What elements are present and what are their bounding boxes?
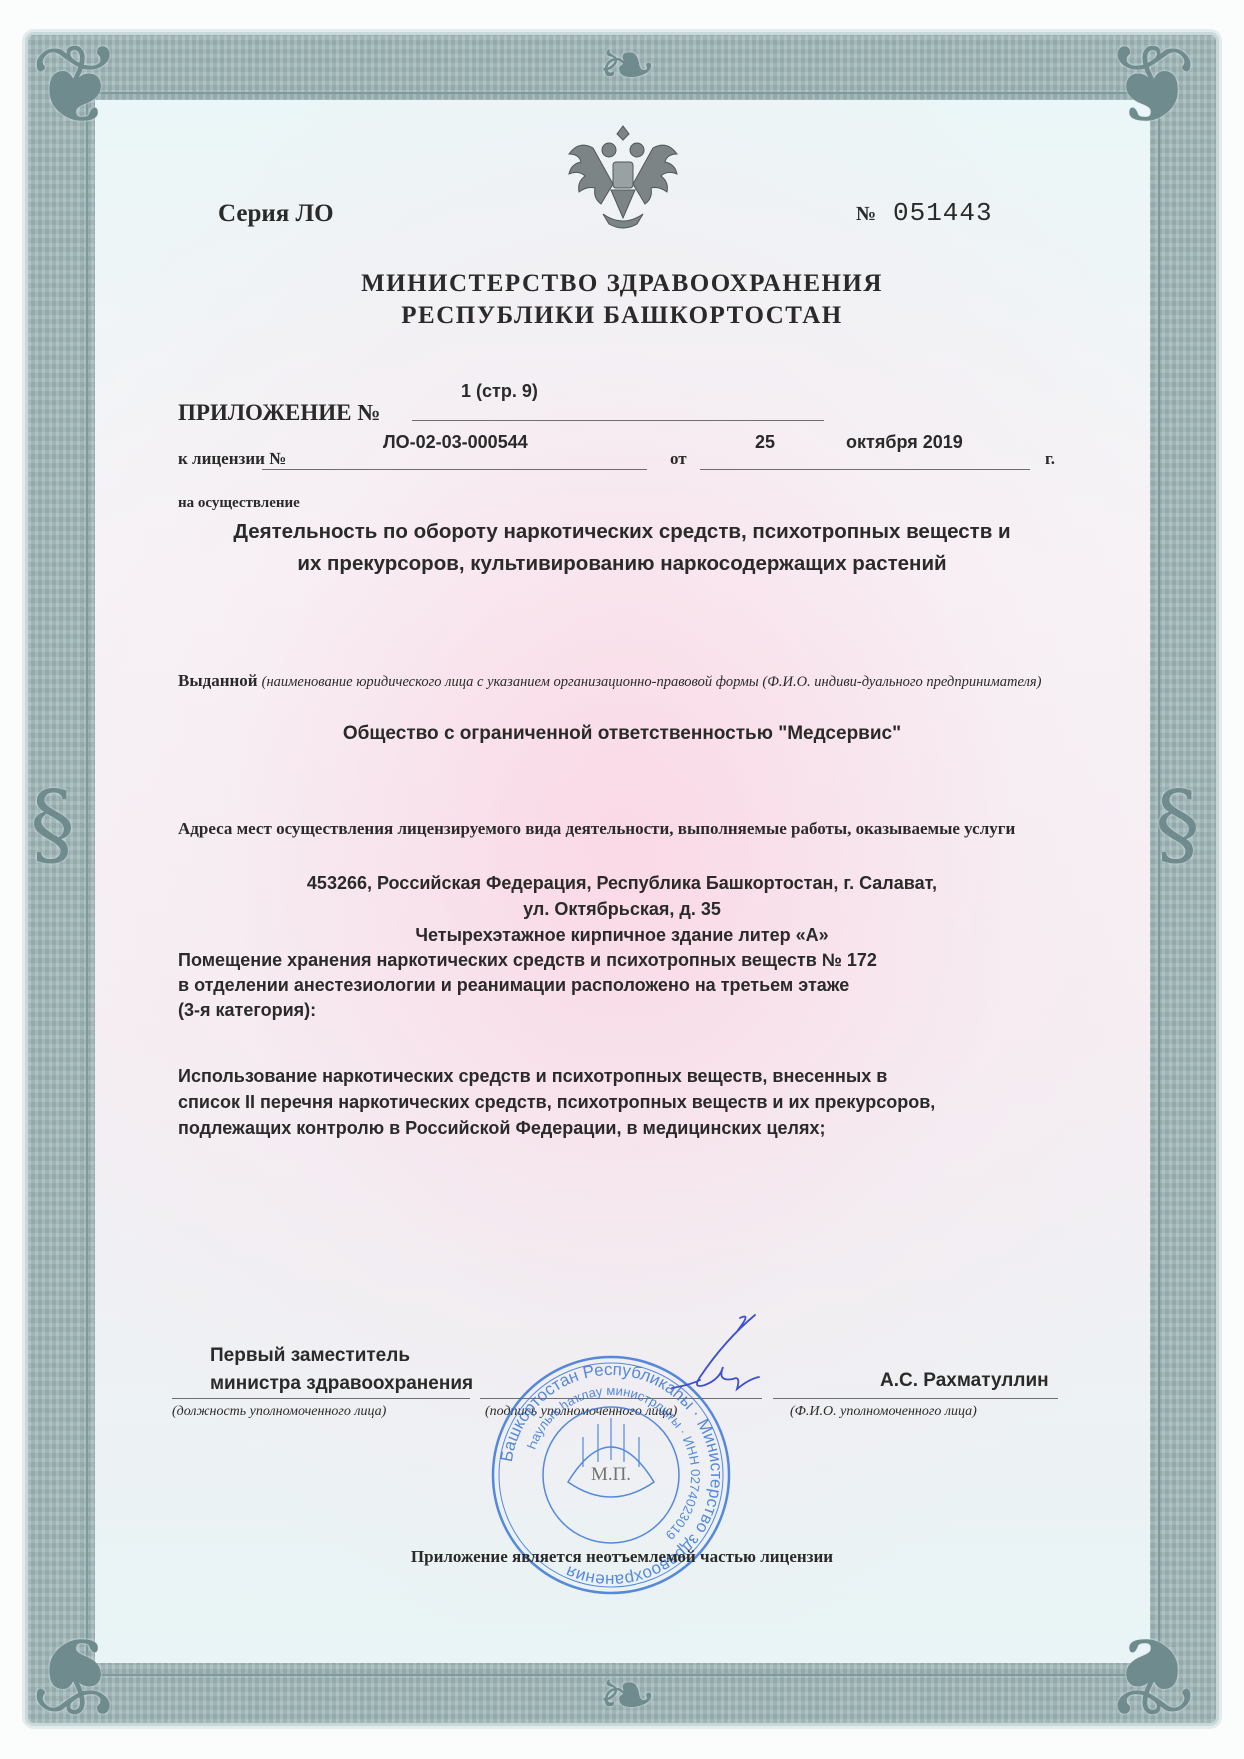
svg-text:М.П.: М.П.: [591, 1464, 631, 1485]
ministry-title-line1: МИНИСТЕРСТВО ЗДРАВООХРАНЕНИЯ: [0, 270, 1244, 298]
series-label: Серия ЛО: [218, 200, 334, 228]
position-underline: [172, 1398, 470, 1399]
license-date-month-year: октября 2019: [846, 432, 963, 453]
address-line1: 453266, Российская Федерация, Республика…: [0, 870, 1244, 896]
license-date-label: от: [670, 449, 687, 469]
year-suffix: г.: [1045, 449, 1055, 469]
signer-name: А.С. Рахматуллин: [880, 1370, 1049, 1392]
issued-to-hint: (наименование юридического лица с указан…: [262, 674, 1042, 690]
signer-position: Первый заместитель министра здравоохране…: [210, 1342, 473, 1398]
work-description-line1: Использование наркотических средств и пс…: [178, 1063, 1078, 1089]
name-caption: (Ф.И.О. уполномоченного лица): [790, 1404, 977, 1420]
appendix-number-underline: [412, 420, 824, 421]
handwritten-signature-icon: [660, 1310, 770, 1405]
side-ornament-right-icon: §: [1155, 780, 1200, 870]
organization-name: Общество с ограниченной ответственностью…: [0, 723, 1244, 745]
address-heading: Адреса мест осуществления лицензируемого…: [178, 815, 1078, 843]
issued-to-label: Выданной (наименование юридического лица…: [178, 667, 1068, 696]
license-date-day: 25: [755, 432, 775, 453]
name-underline: [773, 1398, 1058, 1399]
address-line2: ул. Октябрьская, д. 35: [0, 896, 1244, 922]
appendix-label: ПРИЛОЖЕНИЕ №: [178, 400, 380, 426]
address-building: Четырехэтажное кирпичное здание литер «А…: [0, 922, 1244, 948]
activity-line2: их прекурсоров, культивированию наркосод…: [0, 548, 1244, 580]
ministry-title-line2: РЕСПУБЛИКИ БАШКОРТОСТАН: [0, 302, 1244, 330]
address-room-line1: Помещение хранения наркотических средств…: [178, 947, 877, 973]
license-blank-number: 051443: [893, 198, 993, 228]
license-date-underline: [700, 469, 1030, 470]
footer-note: Приложение является неотъемлемой частью …: [0, 1547, 1244, 1567]
side-ornament-left-icon: §: [30, 780, 75, 870]
number-sign: №: [856, 203, 876, 226]
activity-description: Деятельность по обороту наркотических ср…: [0, 516, 1244, 580]
work-description-line2: список II перечня наркотических средств,…: [178, 1089, 1078, 1115]
position-caption: (должность уполномоченного лица): [172, 1404, 386, 1420]
corner-ornament-bottom-right-icon: ❦: [1105, 1620, 1197, 1730]
address-room-category: (3-я категория):: [178, 997, 316, 1023]
top-ornament-icon: ❧: [598, 30, 657, 100]
corner-ornament-bottom-left-icon: ❦: [30, 1620, 122, 1730]
address-room-line2: в отделении анестезиологии и реанимации …: [178, 972, 849, 998]
activity-label: на осуществление: [178, 495, 300, 512]
work-description-line3: подлежащих контролю в Российской Федерац…: [178, 1115, 1078, 1141]
license-number-value: ЛО-02-03-000544: [383, 432, 528, 453]
corner-ornament-top-left-icon: ❦: [30, 30, 122, 140]
license-number-label: к лицензии №: [178, 449, 286, 469]
license-number-underline: [262, 469, 647, 470]
issued-to-lead: Выданной: [178, 671, 258, 690]
signer-position-line2: министра здравоохранения: [210, 1370, 473, 1398]
appendix-number-value: 1 (стр. 9): [461, 381, 538, 402]
activity-line1: Деятельность по обороту наркотических ср…: [0, 516, 1244, 548]
signer-position-line1: Первый заместитель: [210, 1342, 473, 1370]
bottom-ornament-icon: ❧: [598, 1660, 657, 1730]
corner-ornament-top-right-icon: ❦: [1105, 30, 1197, 140]
russian-coat-of-arms-icon: [553, 118, 693, 233]
work-description: Использование наркотических средств и пс…: [178, 1063, 1078, 1141]
